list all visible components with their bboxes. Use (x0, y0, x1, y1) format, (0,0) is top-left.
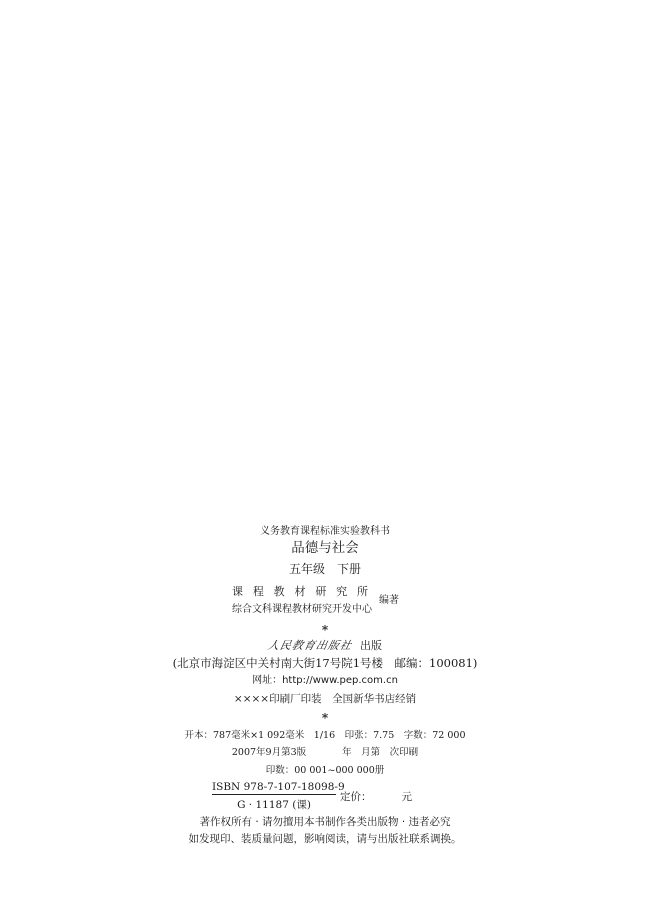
price-unit: 元 (402, 791, 413, 803)
author-center: 综合文科课程教材研究开发中心 (232, 600, 372, 615)
author-char: 程 (253, 583, 264, 599)
website-line: 网址：http://www.pep.com.cn (0, 676, 650, 686)
grade-label: 五年级 (289, 562, 325, 576)
publisher-address: (北京市海淀区中关村南大街17号院1号楼 邮编：100081) (0, 658, 650, 670)
website-url: http://www.pep.com.cn (282, 675, 398, 686)
publisher-logo: 人民教育出版社 (267, 640, 353, 651)
copyright-notice: 著作权所有 · 请勿擅用本书制作各类出版物 · 违者必究 (0, 817, 650, 828)
isbn-number: ISBN 978-7-107-18098-9 (212, 781, 336, 795)
format-specs: 开本：787毫米×1 092毫米 1/16 印张：7.75 字数：72 000 (0, 731, 650, 741)
author-char: 研 (315, 583, 326, 599)
author-char: 课 (232, 583, 243, 599)
edition-label: 2007年9月第3版 (232, 747, 306, 758)
compiled-by-label: 编著 (379, 591, 399, 606)
print-run: 印数：00 001~000 000册 (0, 766, 650, 776)
author-char: 所 (357, 583, 368, 599)
classification-number: G · 11187 (课) (212, 795, 336, 812)
book-title: 品德与社会 (0, 542, 650, 556)
isbn-fraction: ISBN 978-7-107-18098-9 G · 11187 (课) (212, 781, 336, 812)
isbn-block: ISBN 978-7-107-18098-9 G · 11187 (课) 定价：… (212, 781, 452, 813)
author-char: 究 (336, 583, 347, 599)
copyright-page: 义务教育课程标准实验教科书 品德与社会 五年级下册 课 程 教 材 研 究 所 … (0, 0, 650, 918)
author-institute: 课 程 教 材 研 究 所 (232, 583, 368, 599)
website-label: 网址： (252, 675, 282, 686)
authors-block: 课 程 教 材 研 究 所 综合文科课程教材研究开发中心 编著 (232, 583, 412, 619)
printing-label: 年 月第 次印刷 (342, 747, 418, 758)
price-label: 定价： (340, 791, 372, 803)
separator-star: * (0, 712, 650, 724)
series-title: 义务教育课程标准实验教科书 (0, 527, 650, 537)
edition-line: 2007年9月第3版年 月第 次印刷 (0, 748, 650, 758)
price-line: 定价：元 (340, 789, 412, 804)
author-char: 材 (294, 583, 305, 599)
printer-distributor: ××××印刷厂印装 全国新华书店经销 (0, 694, 650, 705)
exchange-notice: 如发现印、装质量问题，影响阅读，请与出版社联系调换。 (0, 834, 650, 845)
volume-label: 下册 (337, 562, 361, 576)
separator-star: * (0, 624, 650, 636)
grade-volume: 五年级下册 (0, 563, 650, 575)
author-char: 教 (274, 583, 285, 599)
publisher-line: 人民教育出版社出版 (0, 640, 650, 651)
publisher-suffix: 出版 (360, 639, 382, 652)
